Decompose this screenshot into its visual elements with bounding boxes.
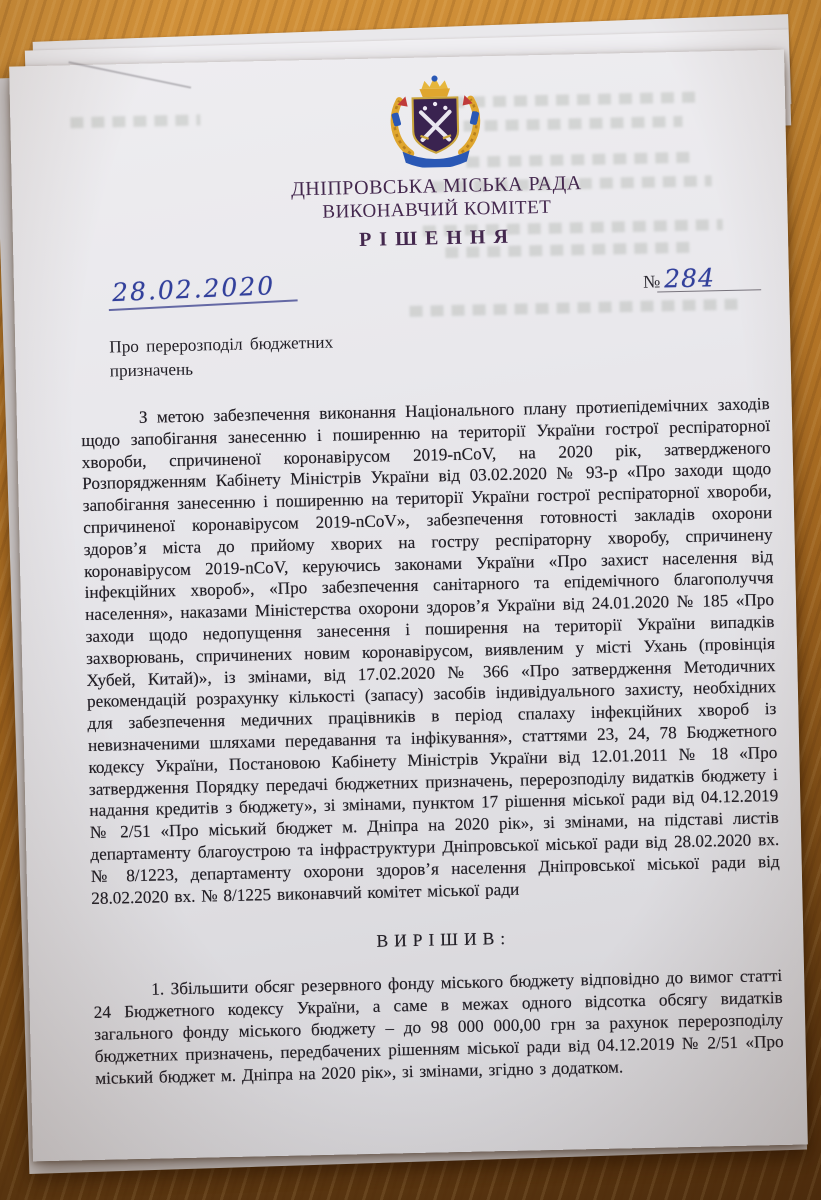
document-page: ДНІПРОВСЬКА МІСЬКА РАДА ВИКОНАВЧИЙ КОМІТ… <box>9 50 808 1162</box>
letterhead: ДНІПРОВСЬКА МІСЬКА РАДА ВИКОНАВЧИЙ КОМІТ… <box>89 62 782 259</box>
handwritten-date: 28.02.2020 <box>112 271 276 307</box>
preamble-paragraph: З метою забезпечення виконання Національ… <box>81 393 781 909</box>
handwritten-number: 284 <box>664 263 715 293</box>
subject-block: Про перерозподіл бюджетних призначень <box>109 328 440 383</box>
number-sign: № <box>643 271 661 291</box>
reference-row: 28.02.2020 № 284 <box>78 262 767 306</box>
resolution-heading: ВИРІШИВ: <box>92 922 781 958</box>
coat-of-arms-icon <box>378 72 492 168</box>
resolution-item-1: 1. Збільшити обсяг резервного фонду місь… <box>93 965 784 1089</box>
document-number: № 284 <box>643 263 716 294</box>
document-photo: ДНІПРОВСЬКА МІСЬКА РАДА ВИКОНАВЧИЙ КОМІТ… <box>0 0 821 1200</box>
